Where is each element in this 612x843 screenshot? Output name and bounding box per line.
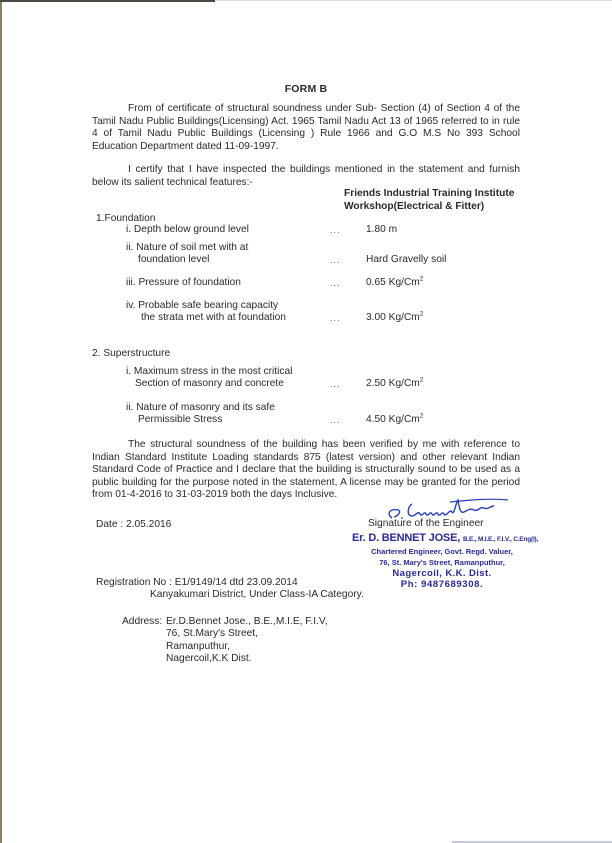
signature-label: Signature of the Engineer [368, 518, 484, 530]
subject-line-1: Friends Industrial Training Institute [344, 188, 514, 201]
registration-number: Registration No : E1/9149/14 dtd 23.09.2… [96, 577, 298, 589]
superstructure-item-1-value: 2.50 Kg/Cm2 [366, 378, 423, 390]
superstructure-item-2-value: 4.50 Kg/Cm2 [366, 414, 423, 426]
subject-line-2: Workshop(Electrical & Fitter) [344, 201, 514, 214]
foundation-item-4-label: iv. Probable safe bearing capacity [126, 300, 278, 312]
separator-dots: ... [330, 415, 341, 425]
address-line: 76, St.Mary's Street, [166, 628, 328, 640]
address-block: Er.D.Bennet Jose., B.E.,M.I.E, F.I.V, 76… [166, 616, 328, 666]
superstructure-item-1-label: i. Maximum stress in the most critical [126, 366, 292, 378]
superstructure-item-2-label: ii. Nature of masonry and its safe [126, 402, 275, 414]
scan-edge-top [0, 0, 215, 2]
separator-dots: ... [330, 255, 341, 265]
address-line: Nagercoil,K.K Dist. [166, 653, 328, 665]
foundation-item-2-value: Hard Gravelly soil [366, 254, 446, 266]
registration-district: Kanyakumari District, Under Class-IA Cat… [150, 589, 364, 601]
scan-edge-top-light [215, 0, 612, 1]
stamp-name: Er. D. BENNET JOSE, [352, 532, 460, 544]
scan-edge-left [0, 0, 2, 843]
stamp-city: Nagercoil, K.K. Dist. [352, 568, 532, 579]
date-text: Date : 2.05.2016 [96, 519, 171, 531]
intro-paragraph: From of certificate of structural soundn… [92, 103, 520, 153]
building-subject: Friends Industrial Training Institute Wo… [344, 188, 514, 214]
stamp-title: Chartered Engineer, Govt. Regd. Valuer, [352, 546, 532, 557]
foundation-item-1-value: 1.80 m [366, 224, 397, 236]
foundation-item-2-label-cont: foundation level [138, 254, 209, 266]
engineer-stamp: Er. D. BENNET JOSE, B.E., M.I.E., F.I.V.… [352, 532, 532, 590]
superstructure-heading: 2. Superstructure [92, 348, 170, 360]
stamp-phone: Ph: 9487689308. [352, 579, 532, 590]
declaration-paragraph: The structural soundness of the building… [92, 439, 520, 502]
superstructure-item-1-label-cont: Section of masonry and concrete [135, 378, 284, 390]
address-line: Er.D.Bennet Jose., B.E.,M.I.E, F.I.V, [166, 616, 328, 628]
stamp-qualifications: B.E., M.I.E., F.I.V., C.Eng(I), [463, 536, 538, 543]
foundation-item-1-label: i. Depth below ground level [126, 224, 249, 236]
superstructure-item-2-label-cont: Permissible Stress [138, 414, 222, 426]
stamp-address: 76, St. Mary's Street, Ramanputhur, [352, 557, 532, 568]
foundation-item-3-value: 0.65 Kg/Cm2 [366, 277, 423, 289]
address-line: Ramanputhur, [166, 641, 328, 653]
foundation-item-2-label: ii. Nature of soil met with at [126, 242, 248, 254]
form-title: FORM B [0, 83, 612, 95]
foundation-item-3-label: iii. Pressure of foundation [126, 277, 241, 289]
address-label: Address: [122, 616, 162, 628]
separator-dots: ... [330, 379, 341, 389]
certify-paragraph: I certify that I have inspected the buil… [92, 164, 520, 189]
foundation-item-4-label-cont: the strata met with at foundation [141, 312, 286, 324]
separator-dots: ... [330, 278, 341, 288]
separator-dots: ... [330, 225, 341, 235]
separator-dots: ... [330, 313, 341, 323]
foundation-item-4-value: 3.00 Kg/Cm2 [366, 312, 423, 324]
